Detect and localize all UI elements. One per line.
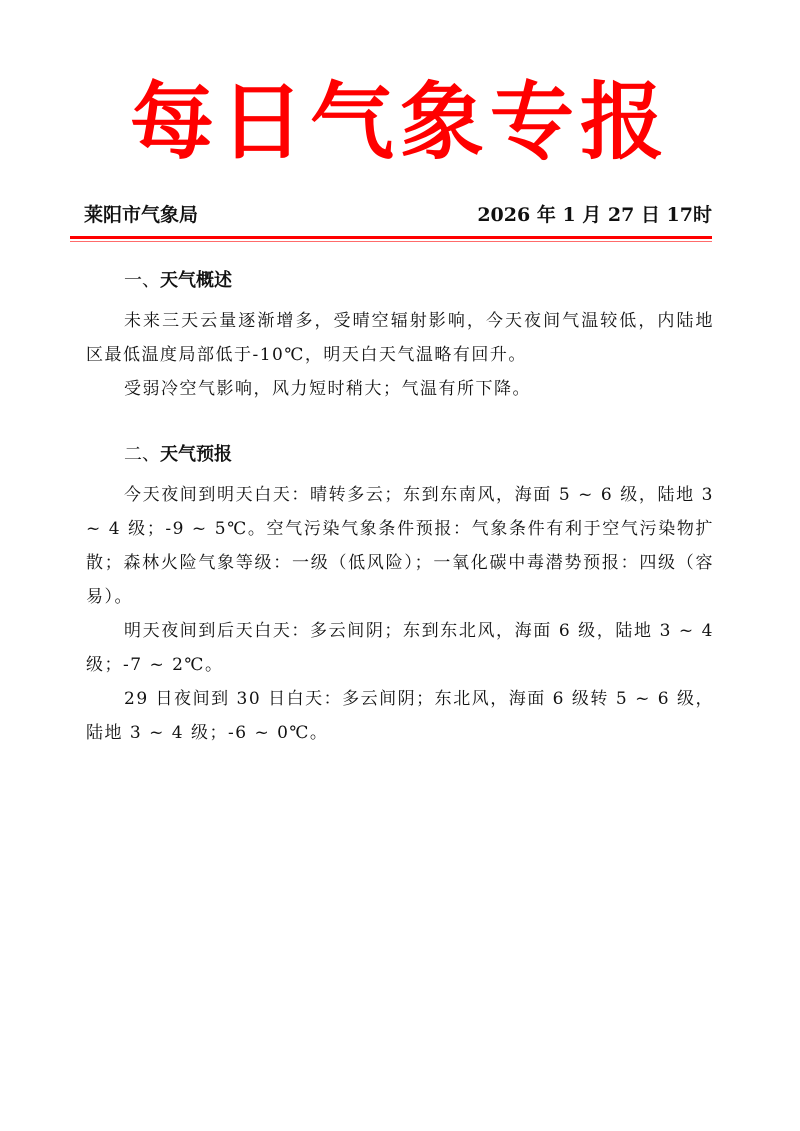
header-divider-thin — [70, 241, 712, 242]
header-row: 莱阳市气象局 2026 年 1 月 27 日 17时 — [84, 202, 712, 228]
section-title-overview: 一、天气概述 — [86, 262, 714, 300]
issue-time: 2026 年 1 月 27 日 17时 — [477, 202, 712, 228]
document-body: 一、天气概述 未来三天云量逐渐增多，受晴空辐射影响，今天夜间气温较低，内陆地区最… — [86, 258, 714, 750]
document-page: 每日气象专报 莱阳市气象局 2026 年 1 月 27 日 17时 一、天气概述… — [0, 0, 800, 1131]
section-title-forecast: 二、天气预报 — [86, 436, 714, 474]
masthead-title: 每日气象专报 — [0, 72, 800, 172]
paragraph: 受弱冷空气影响，风力短时稍大；气温有所下降。 — [86, 372, 714, 406]
section-number: 一、 — [124, 270, 160, 291]
paragraph: 明天夜间到后天白天：多云间阴；东到东北风，海面 6 级，陆地 3 ~ 4 级；-… — [86, 614, 714, 682]
issuer-name: 莱阳市气象局 — [84, 202, 198, 228]
section-title-text: 天气概述 — [160, 270, 232, 291]
section-title-text: 天气预报 — [160, 444, 232, 465]
paragraph: 今天夜间到明天白天：晴转多云；东到东南风，海面 5 ~ 6 级，陆地 3 ~ 4… — [86, 478, 714, 614]
header-divider-thick — [70, 236, 712, 239]
paragraph: 29 日夜间到 30 日白天：多云间阴；东北风，海面 6 级转 5 ~ 6 级，… — [86, 682, 714, 750]
paragraph: 未来三天云量逐渐增多，受晴空辐射影响，今天夜间气温较低，内陆地区最低温度局部低于… — [86, 304, 714, 372]
section-number: 二、 — [124, 444, 160, 465]
